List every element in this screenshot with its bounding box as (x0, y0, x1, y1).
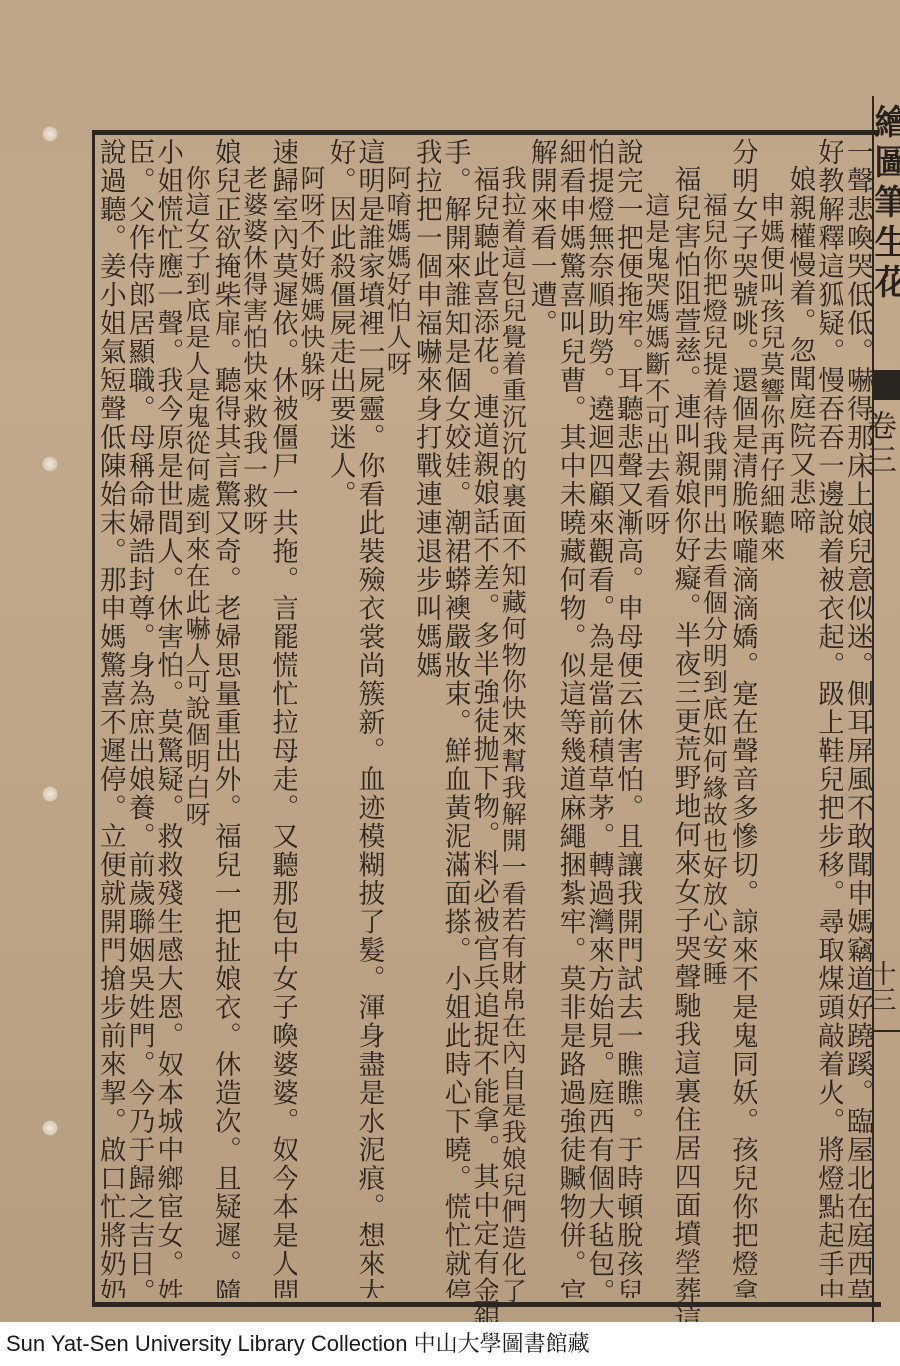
text-column: 福兒聽此喜添花。連道親娘話不差。多半強徒拋下物。料必被官兵追捉不能拿。其中定有金… (470, 138, 499, 1325)
text-column: 分明女子哭號咷。還個是清脆喉嚨滴滴嬌。寔在聲音多慘切。諒來不是鬼同妖。孩兒你把燈… (728, 138, 757, 1298)
text-column: 福兒害怕阻萱慈。連叫親娘你好癡。半夜三更荒野地何來女子哭聲馳我這裏住居四面墳塋葬… (671, 138, 700, 1325)
volume-label: 卷三 (878, 410, 900, 478)
banner-rule (874, 1030, 900, 1032)
text-column: 說完一把便拖牢。耳聽悲聲又漸高。申母便云休害怕。且讓我開門試去一瞧瞧。于時頓脫孩… (613, 138, 642, 1298)
text-column: 這明是誰家墳裡一屍靈。你看此裝殮衣裳尚簇新。血迹模糊披了髮。渾身盡是水泥痕。想來… (355, 138, 384, 1298)
text-column: 細看申媽驚喜叫兒曹。其中未曉藏何物。似這等幾道麻繩捆紮牢。莫非是路過強徒贓物併。… (556, 138, 585, 1298)
binding-hole (42, 786, 58, 802)
vertical-text-body: 一聲悲喚哭低低。嚇得那床上娘兒意似迷。側耳屏風不敢聞申媽竊道好蹺蹊。臨屋北在庭西… (96, 138, 872, 1298)
text-column: 我拉把一個申福嚇來身打戰連連退步叫媽媽 (412, 138, 441, 1298)
binding-hole (42, 1120, 58, 1136)
dialogue-column: 我拉着這包兒覺着重沉沉的裏面不知藏何物你快來幫我解開一看若有財帛在內自是我娘兒們… (498, 138, 527, 1325)
dialogue-column: 阿呀不好媽媽快躲呀 (297, 138, 326, 1325)
text-column: 手。解開來誰知是個女姣娃。潮裙蟒襖嚴妝束。鮮血黃泥滿面搽。小姐此時心下曉。慌忙就… (441, 138, 470, 1298)
dialogue-column: 你這女子到底是人是鬼從何處到來在此嚇人可說個明白呀 (182, 138, 211, 1325)
dialogue-column: 福兒你把燈兒提着待我開門出去看個分明到底如何緣故也好放心安睡 (700, 138, 729, 1352)
binding-hole (42, 456, 58, 472)
binding-hole (42, 126, 58, 142)
text-column: 娘兒正欲掩柴扉。聽得其言驚又奇。老婦思量重出外。福兒一把扯娘衣。休造次。且疑遲。… (211, 138, 240, 1298)
scanned-book-page: 繪圖筆生花 卷三 十三 一聲悲喚哭低低。嚇得那床上娘兒意似迷。側耳屏風不敢聞申媽… (0, 0, 900, 1322)
text-column: 臣。父作侍郎居顯職。母稱命婦誥封尊。身為庶出娘養。前歲聯姻吳姓門。今乃于歸之吉日… (125, 138, 154, 1298)
text-column: 娘親權慢着。忽聞庭院又悲啼 (786, 138, 815, 1325)
dialogue-column: 申媽便叫孩兒莫響你再仔細聽來 (757, 138, 786, 1352)
text-column: 好。因此殺僵屍走出要迷人。 (326, 138, 355, 1298)
text-column: 一聲悲喚哭低低。嚇得那床上娘兒意似迷。側耳屏風不敢聞申媽竊道好蹺蹊。臨屋北在庭西… (843, 138, 872, 1298)
dialogue-column: 阿唷媽媽好怕人呀 (384, 138, 413, 1325)
text-column: 小姐慌忙應一聲。我今原是世間人。休害怕。莫驚疑。救救殘生感大恩。奴本城中鄉宦女。… (154, 138, 183, 1298)
fishtail-block (874, 370, 900, 400)
text-column: 好教解釋這狐疑。慢吞吞一邊說着被衣起。趿上鞋兒把步移。尋取煤頭敲着火。將燈點起手… (815, 138, 844, 1298)
text-column: 怕提燈無奈順助勞。遶迴四顧來觀看。為是當前積草茅。轉過灣來方始見。庭西有個大毡包… (585, 138, 614, 1298)
library-credit: Sun Yat-Sen University Library Collectio… (0, 1322, 900, 1366)
dialogue-column: 老婆婆休得害怕快來救我一救呀 (240, 138, 269, 1325)
page-number: 十三 (878, 960, 900, 1012)
dialogue-column: 這是鬼哭媽媽斷不可出去看呀 (642, 138, 671, 1352)
book-title: 繪圖筆生花 (876, 104, 900, 304)
text-column: 說過聽。姜小姐氣短聲低陳始末。那申媽驚喜不遲停。立便就開門搶步前來挈。啟口忙將奶… (96, 138, 125, 1298)
text-column: 速歸室內莫遲依。休被僵尸一共拖。言罷慌忙拉母走。又聽那包中女子喚婆婆。奴今本是人… (269, 138, 298, 1298)
text-column: 解開來看一遭。 (527, 138, 556, 1298)
